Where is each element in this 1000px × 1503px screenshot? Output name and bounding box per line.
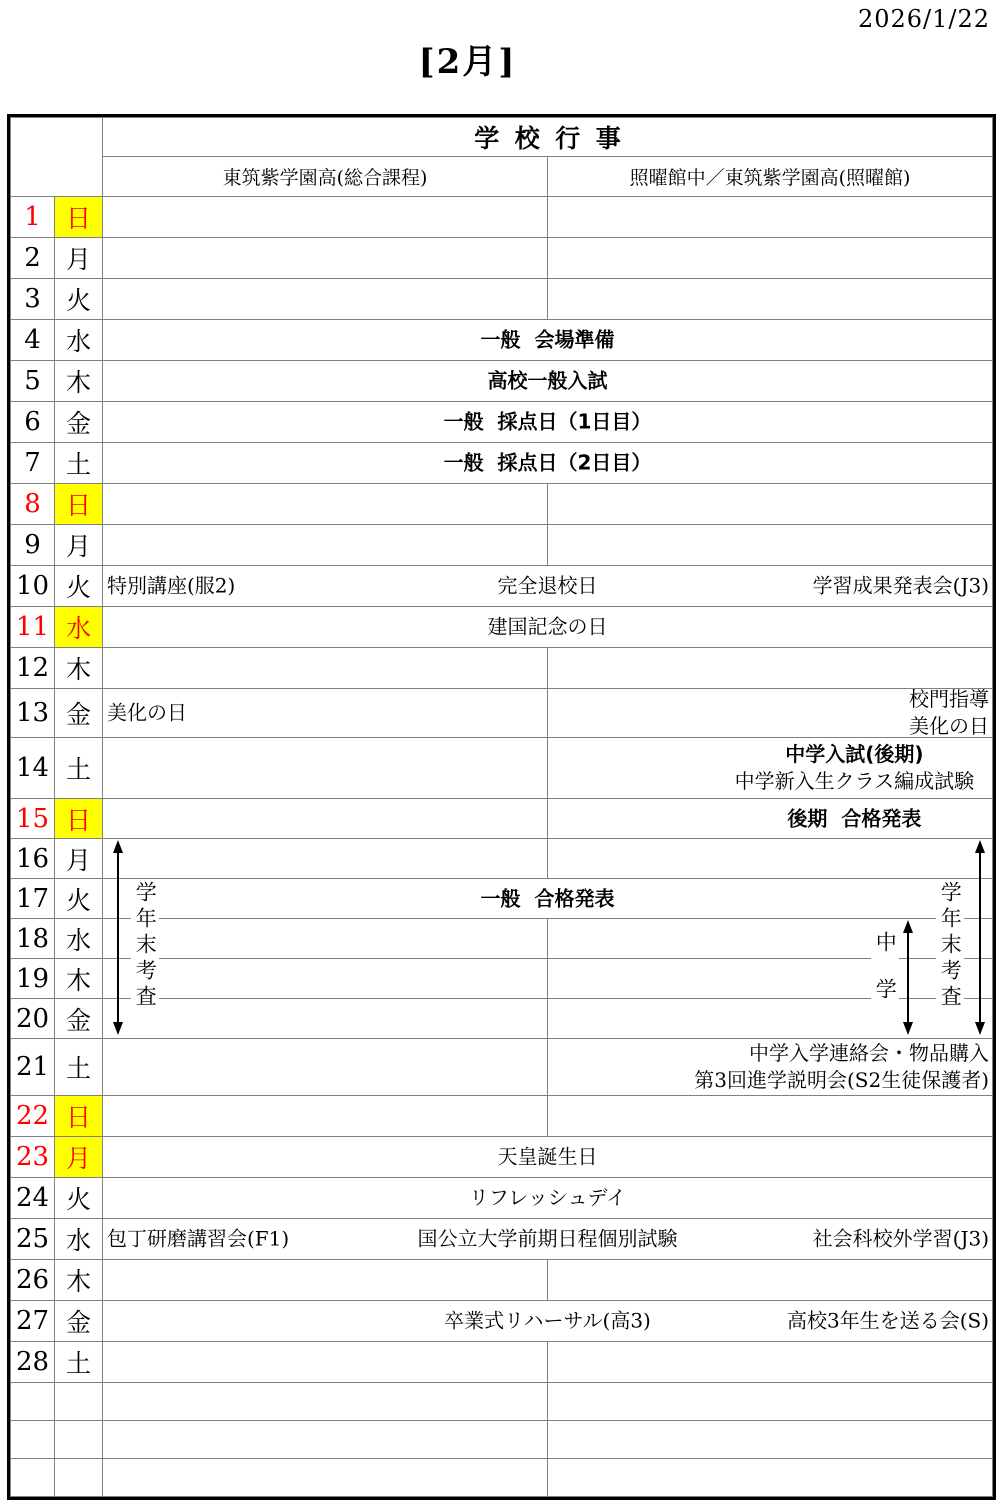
day-of-week: 火 [55, 1178, 103, 1219]
day-number: 23 [11, 1137, 55, 1178]
day-of-week: 日 [55, 484, 103, 525]
day-of-week: 火 [55, 279, 103, 320]
day-number: 18 [11, 919, 55, 959]
event-cell: 中学入学連絡会・物品購入第3回進学説明会(S2生徒保護者) [548, 1039, 993, 1096]
event-line: 美化の日 [909, 713, 989, 740]
event-cell: 校門指導美化の日 [548, 689, 993, 738]
day-number: 26 [11, 1260, 55, 1301]
event-line: 校門指導 [909, 686, 989, 713]
calendar-row-18: 18水 [11, 919, 993, 959]
calendar-row-12: 12木 [11, 648, 993, 689]
header-row-title: 学校行事 [11, 118, 993, 157]
event-cell [548, 1383, 993, 1421]
event-cell [548, 1459, 993, 1497]
day-number: 4 [11, 320, 55, 361]
day-number: 22 [11, 1096, 55, 1137]
calendar-row-blank [11, 1421, 993, 1459]
event-cell [103, 525, 548, 566]
day-number: 10 [11, 566, 55, 607]
event-line: 中学入試(後期) [717, 741, 992, 768]
event-cell [103, 279, 548, 320]
calendar-row-13: 13金美化の日校門指導美化の日 [11, 689, 993, 738]
day-of-week: 土 [55, 443, 103, 484]
event-cell-merged: 一般 採点日（1日目） [103, 402, 993, 443]
event-line: 中学入学連絡会・物品購入 [694, 1040, 989, 1067]
event-cell [103, 484, 548, 525]
day-of-week: 金 [55, 689, 103, 738]
event-text: 美化の日 [107, 700, 187, 727]
event-line: 後期 合格発表 [717, 805, 992, 832]
event-cell-merged: 一般 会場準備 [103, 320, 993, 361]
event-cell [103, 197, 548, 238]
event-text: 社会科校外学習(J3) [813, 1226, 989, 1253]
event-text: 一般 採点日（1日目） [444, 409, 652, 436]
calendar-body: 1日2月3火4水一般 会場準備5木高校一般入試6金一般 採点日（1日目）7土一般… [11, 197, 993, 1497]
event-line: 天皇誕生日 [498, 1144, 598, 1171]
day-number: 11 [11, 607, 55, 648]
event-cell-merged: 天皇誕生日 [103, 1137, 993, 1178]
day-number: 20 [11, 999, 55, 1039]
calendar-row-28: 28土 [11, 1342, 993, 1383]
event-line: 建国記念の日 [488, 614, 608, 641]
event-cell [548, 959, 993, 999]
day-number: 21 [11, 1039, 55, 1096]
event-text: 後期 合格発表 [717, 805, 992, 832]
calendar-row-15: 15日後期 合格発表 [11, 799, 993, 839]
calendar-row-blank [11, 1459, 993, 1497]
event-cell [103, 238, 548, 279]
day-of-week: 木 [55, 959, 103, 999]
event-cell-merged: 一般 採点日（2日目） [103, 443, 993, 484]
event-cell [548, 525, 993, 566]
calendar-row-7: 7土一般 採点日（2日目） [11, 443, 993, 484]
day-of-week: 日 [55, 197, 103, 238]
event-line: 学習成果発表会(J3) [813, 573, 989, 600]
column-header-senior-high: 東筑紫学園高(総合課程) [103, 157, 548, 197]
day-of-week: 土 [55, 1039, 103, 1096]
event-line: 一般 会場準備 [481, 327, 615, 354]
day-number: 2 [11, 238, 55, 279]
event-cell [103, 648, 548, 689]
event-cell [548, 999, 993, 1039]
event-cell [103, 1459, 548, 1497]
event-cell [548, 919, 993, 959]
event-cell [548, 1421, 993, 1459]
calendar-row-11: 11水建国記念の日 [11, 607, 993, 648]
calendar-row-27: 27金卒業式リハーサル(高3)高校3年生を送る会(S) [11, 1301, 993, 1342]
calendar-row-9: 9月 [11, 525, 993, 566]
event-cell-merged: 高校一般入試 [103, 361, 993, 402]
calendar-row-16: 16月 [11, 839, 993, 879]
event-line: 高校3年生を送る会(S) [787, 1308, 989, 1335]
day-number: 15 [11, 799, 55, 839]
calendar-row-3: 3火 [11, 279, 993, 320]
day-of-week: 水 [55, 607, 103, 648]
day-number: 7 [11, 443, 55, 484]
event-cell-merged: 包丁研磨講習会(F1)国公立大学前期日程個別試験社会科校外学習(J3) [103, 1219, 993, 1260]
event-text: 中学入試(後期)中学新入生クラス編成試験 [717, 741, 992, 795]
calendar-row-24: 24火リフレッシュデイ [11, 1178, 993, 1219]
day-number: 17 [11, 879, 55, 919]
day-number: 19 [11, 959, 55, 999]
event-cell [548, 484, 993, 525]
event-text: 包丁研磨講習会(F1) [107, 1226, 289, 1253]
day-number: 5 [11, 361, 55, 402]
calendar-row-22: 22日 [11, 1096, 993, 1137]
day-of-week: 水 [55, 1219, 103, 1260]
page-title: [2月] [0, 34, 935, 83]
day-number: 28 [11, 1342, 55, 1383]
event-text: 天皇誕生日 [498, 1144, 598, 1171]
event-text: 卒業式リハーサル(高3) [444, 1308, 651, 1335]
event-cell-merged: 一般 合格発表 [103, 879, 993, 919]
event-cell [103, 799, 548, 839]
day-of-week: 火 [55, 566, 103, 607]
event-cell [103, 1383, 548, 1421]
event-line: 高校一般入試 [488, 368, 608, 395]
day-of-week: 金 [55, 402, 103, 443]
day-number: 12 [11, 648, 55, 689]
event-cell [103, 1342, 548, 1383]
event-line: リフレッシュデイ [469, 1185, 626, 1212]
event-cell [548, 839, 993, 879]
day-of-week [55, 1421, 103, 1459]
event-cell: 後期 合格発表 [548, 799, 993, 839]
day-of-week: 水 [55, 320, 103, 361]
event-cell-merged: 建国記念の日 [103, 607, 993, 648]
table-header-title: 学校行事 [103, 118, 993, 157]
day-number: 8 [11, 484, 55, 525]
event-cell [548, 279, 993, 320]
calendar-row-21: 21土中学入学連絡会・物品購入第3回進学説明会(S2生徒保護者) [11, 1039, 993, 1096]
event-cell: 中学入試(後期)中学新入生クラス編成試験 [548, 738, 993, 799]
day-of-week: 水 [55, 919, 103, 959]
calendar-table: 学校行事 東筑紫学園高(総合課程) 照曜館中／東筑紫学園高(照曜館) 1日2月3… [7, 114, 996, 1500]
calendar-row-5: 5木高校一般入試 [11, 361, 993, 402]
event-cell-merged: 特別講座(服2)完全退校日学習成果発表会(J3) [103, 566, 993, 607]
calendar-row-1: 1日 [11, 197, 993, 238]
day-of-week: 木 [55, 1260, 103, 1301]
day-of-week [55, 1383, 103, 1421]
event-line: 包丁研磨講習会(F1) [107, 1226, 289, 1253]
event-line: 一般 採点日（1日目） [444, 409, 652, 436]
event-cell [548, 1096, 993, 1137]
day-of-week: 土 [55, 738, 103, 799]
day-number: 6 [11, 402, 55, 443]
day-of-week: 木 [55, 648, 103, 689]
day-number [11, 1421, 55, 1459]
calendar-row-19: 19木 [11, 959, 993, 999]
day-number: 27 [11, 1301, 55, 1342]
event-text: 中学入学連絡会・物品購入第3回進学説明会(S2生徒保護者) [694, 1040, 989, 1094]
calendar-row-4: 4水一般 会場準備 [11, 320, 993, 361]
day-of-week: 日 [55, 799, 103, 839]
day-number: 13 [11, 689, 55, 738]
day-of-week [55, 1459, 103, 1497]
event-text: 特別講座(服2) [107, 573, 235, 600]
day-number: 9 [11, 525, 55, 566]
event-cell: 美化の日 [103, 689, 548, 738]
event-cell [103, 1096, 548, 1137]
day-number: 1 [11, 197, 55, 238]
calendar-row-14: 14土中学入試(後期)中学新入生クラス編成試験 [11, 738, 993, 799]
event-text: 建国記念の日 [488, 614, 608, 641]
day-of-week: 金 [55, 999, 103, 1039]
day-number: 14 [11, 738, 55, 799]
calendar-row-25: 25水包丁研磨講習会(F1)国公立大学前期日程個別試験社会科校外学習(J3) [11, 1219, 993, 1260]
event-line: 社会科校外学習(J3) [813, 1226, 989, 1253]
day-number: 16 [11, 839, 55, 879]
calendar-row-6: 6金一般 採点日（1日目） [11, 402, 993, 443]
day-of-week: 月 [55, 1137, 103, 1178]
calendar-row-2: 2月 [11, 238, 993, 279]
calendar-row-blank [11, 1383, 993, 1421]
event-cell [548, 197, 993, 238]
event-cell-merged: 卒業式リハーサル(高3)高校3年生を送る会(S) [103, 1301, 993, 1342]
header-row-schools: 東筑紫学園高(総合課程) 照曜館中／東筑紫学園高(照曜館) [11, 157, 993, 197]
event-cell [548, 238, 993, 279]
document-date: 2026/1/22 [858, 5, 990, 33]
event-cell [548, 1260, 993, 1301]
event-text: 国公立大学前期日程個別試験 [418, 1226, 678, 1253]
event-line: 特別講座(服2) [107, 573, 235, 600]
event-line: 一般 合格発表 [481, 885, 615, 912]
event-line: 完全退校日 [498, 573, 598, 600]
event-line: 卒業式リハーサル(高3) [444, 1308, 651, 1335]
calendar-row-20: 20金 [11, 999, 993, 1039]
event-line: 第3回進学説明会(S2生徒保護者) [694, 1067, 989, 1094]
day-of-week: 土 [55, 1342, 103, 1383]
event-text: 高校一般入試 [488, 368, 608, 395]
event-cell [103, 1260, 548, 1301]
event-cell [103, 959, 548, 999]
event-text: 高校3年生を送る会(S) [787, 1308, 989, 1335]
day-of-week: 木 [55, 361, 103, 402]
day-number: 3 [11, 279, 55, 320]
event-text: 一般 合格発表 [481, 885, 615, 912]
event-text: 完全退校日 [498, 573, 598, 600]
day-number [11, 1383, 55, 1421]
calendar-row-23: 23月天皇誕生日 [11, 1137, 993, 1178]
event-line: 美化の日 [107, 700, 187, 727]
event-line: 一般 採点日（2日目） [444, 450, 652, 477]
event-text: 学習成果発表会(J3) [813, 573, 989, 600]
day-of-week: 火 [55, 879, 103, 919]
event-line: 国公立大学前期日程個別試験 [418, 1226, 678, 1253]
calendar-row-17: 17火一般 合格発表 [11, 879, 993, 919]
calendar-row-10: 10火特別講座(服2)完全退校日学習成果発表会(J3) [11, 566, 993, 607]
day-of-week: 日 [55, 1096, 103, 1137]
day-of-week: 月 [55, 238, 103, 279]
event-cell [548, 648, 993, 689]
event-line: 中学新入生クラス編成試験 [717, 768, 992, 795]
event-cell [103, 1421, 548, 1459]
event-cell [103, 738, 548, 799]
calendar-row-8: 8日 [11, 484, 993, 525]
day-of-week: 金 [55, 1301, 103, 1342]
event-cell [103, 919, 548, 959]
header-corner-cell [11, 118, 103, 197]
column-header-junior-high: 照曜館中／東筑紫学園高(照曜館) [548, 157, 993, 197]
day-of-week: 月 [55, 525, 103, 566]
event-text: リフレッシュデイ [469, 1185, 626, 1212]
event-cell-merged: リフレッシュデイ [103, 1178, 993, 1219]
event-cell [103, 839, 548, 879]
calendar-page: 2026/1/22 [2月] 学校行事 東筑紫学園高(総合課程) 照曜館中／東筑… [0, 0, 1000, 1503]
event-text: 校門指導美化の日 [909, 686, 989, 740]
day-number: 25 [11, 1219, 55, 1260]
event-cell [548, 1342, 993, 1383]
event-text: 一般 採点日（2日目） [444, 450, 652, 477]
day-of-week: 月 [55, 839, 103, 879]
event-cell [103, 999, 548, 1039]
day-number [11, 1459, 55, 1497]
day-number: 24 [11, 1178, 55, 1219]
calendar-row-26: 26木 [11, 1260, 993, 1301]
event-text: 一般 会場準備 [481, 327, 615, 354]
event-cell [103, 1039, 548, 1096]
